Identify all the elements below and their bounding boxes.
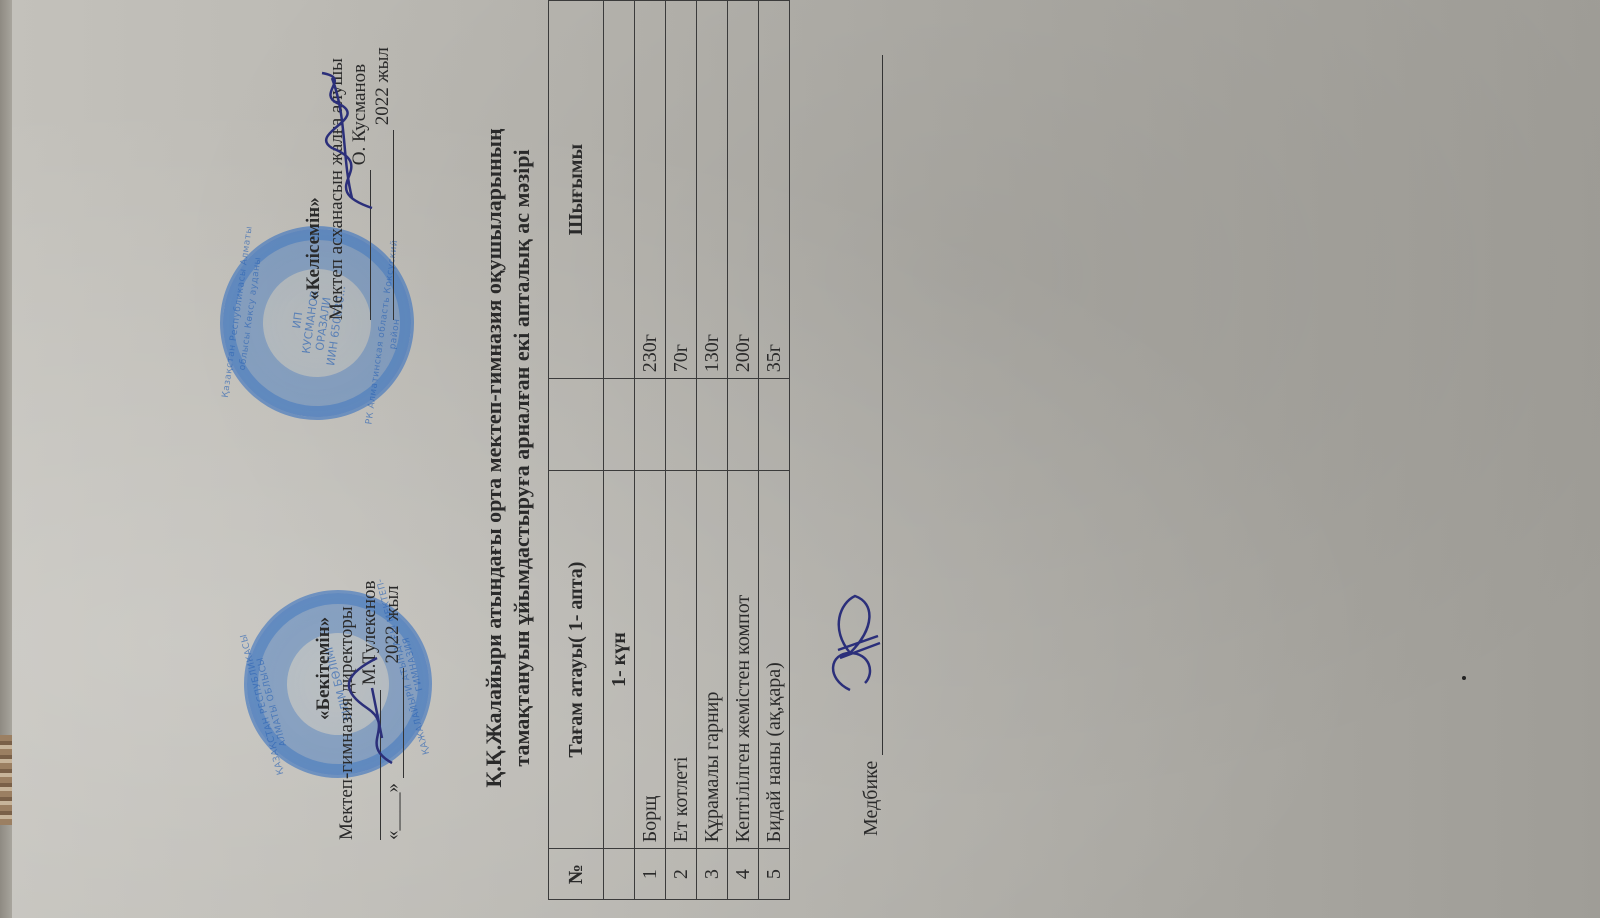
row-number: 5 — [759, 849, 790, 900]
table-row: 2 Ет котлеті 70г — [666, 1, 697, 900]
stamp-ring-text-top: ҚАЗАҚСТАН РЕСПУБЛИКАСЫ АЛМАТЫ ОБЛЫСЫ — [234, 612, 300, 793]
photo-stage: ҚАЗАҚСТАН РЕСПУБЛИКАСЫ АЛМАТЫ ОБЛЫСЫ БІЛ… — [0, 0, 1600, 918]
header-blank — [549, 379, 604, 471]
dish-name: Құрамалы гарнир — [697, 470, 728, 848]
desk-wood-strip — [0, 735, 12, 825]
menu-table: № Тағам атауы( 1- апта) Шығымы 1- күн 1 … — [548, 0, 790, 900]
blank-cell — [697, 379, 728, 471]
title-line-2: тамақтануын ұйымдастыруға арналған екі а… — [508, 38, 536, 878]
header-output: Шығымы — [549, 1, 604, 379]
stamp-ring-text-top: Қазақстан Республикасы Алматы облысы Көк… — [219, 218, 271, 408]
header-number: № — [549, 849, 604, 900]
dish-name: Кептілілген жемістен компот — [728, 470, 759, 848]
row-number: 4 — [728, 849, 759, 900]
director-signature — [337, 648, 407, 768]
nurse-signature-blank — [882, 55, 883, 755]
date-blank — [393, 130, 394, 320]
blank-cell — [728, 379, 759, 471]
dish-output: 35г — [759, 1, 790, 379]
menu-document-page: ҚАЗАҚСТАН РЕСПУБЛИКАСЫ АЛМАТЫ ОБЛЫСЫ БІЛ… — [12, 0, 1600, 918]
table-header-row: № Тағам атауы( 1- апта) Шығымы — [549, 1, 604, 900]
blank-cell — [635, 379, 666, 471]
dish-output: 130г — [697, 1, 728, 379]
row-number: 3 — [697, 849, 728, 900]
table-row: 4 Кептілілген жемістен компот 200г — [728, 1, 759, 900]
nurse-signature-line: Медбике — [860, 55, 883, 836]
dish-name: Борщ — [635, 470, 666, 848]
table-row: 1 Борщ 230г — [635, 1, 666, 900]
date-day-blank: «____» — [382, 783, 403, 840]
day-cell-blank — [604, 849, 635, 900]
dish-output: 200г — [728, 1, 759, 379]
day-cell-blank — [604, 379, 635, 471]
dish-name: Бидай наны (ақ,қара) — [759, 470, 790, 848]
contractor-signature — [302, 68, 392, 218]
dish-output: 70г — [666, 1, 697, 379]
title-line-1: Қ.Қ.Жалайыри атындағы орта мектеп-гимназ… — [480, 38, 508, 878]
dish-name: Ет котлеті — [666, 470, 697, 848]
dish-output: 230г — [635, 1, 666, 379]
paper-speck — [1462, 676, 1466, 680]
approval-heading: «Бекітемін» — [312, 480, 335, 840]
table-row: 5 Бидай наны (ақ,қара) 35г — [759, 1, 790, 900]
table-row: 3 Құрамалы гарнир 130г — [697, 1, 728, 900]
header-dish: Тағам атауы( 1- апта) — [549, 470, 604, 848]
day-cell-blank — [604, 1, 635, 379]
day-row: 1- күн — [604, 1, 635, 900]
row-number: 2 — [666, 849, 697, 900]
blank-cell — [666, 379, 697, 471]
document-title: Қ.Қ.Жалайыри атындағы орта мектеп-гимназ… — [480, 38, 536, 878]
day-label: 1- күн — [604, 470, 635, 848]
nurse-label: Медбике — [860, 761, 882, 836]
blank-cell — [759, 379, 790, 471]
row-number: 1 — [635, 849, 666, 900]
